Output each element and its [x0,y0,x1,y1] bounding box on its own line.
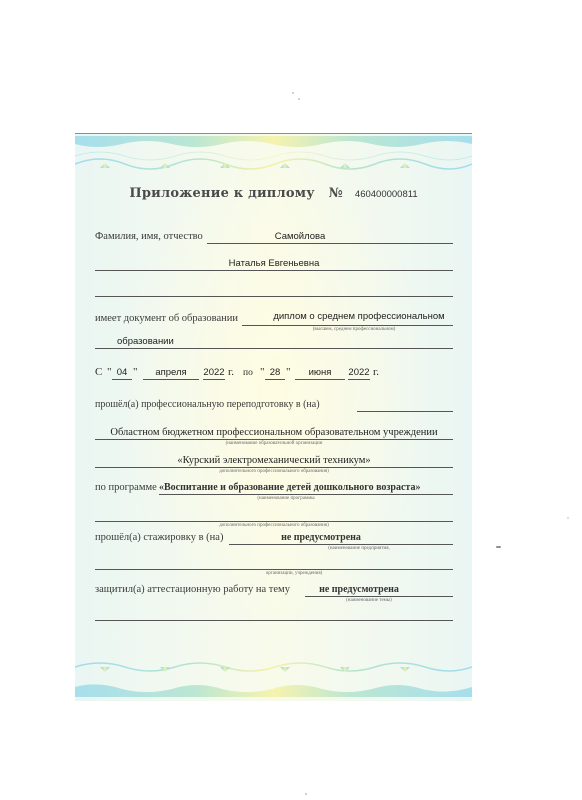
organization-hint-1: (наименование образовательной организаци… [95,441,453,446]
thesis-hint: (наименование темы) [325,598,413,603]
program-value[interactable]: «Воспитание и образование детей дошкольн… [159,482,413,493]
period-to-prefix: по [243,368,253,378]
quote-close: " [286,366,291,378]
program-line [159,494,453,495]
field-internship: прошёл(а) стажировку в (на) не предусмот… [95,529,453,545]
field-name-patronymic: Наталья Евгеньевна [95,255,453,271]
fio-line [207,243,453,244]
education-doc-value-2[interactable]: образовании [117,336,174,347]
organization-value-1[interactable]: Областном бюджетном профессиональном обр… [95,427,453,438]
organization-hint-2: дополнительного профессионального образо… [95,469,453,474]
surname-value[interactable]: Самойлова [207,231,393,242]
field-blank-1 [95,281,453,297]
period-to-month[interactable]: июня [295,367,345,380]
education-doc-label: имеет документ об образовании [95,313,238,324]
field-internship-2: организации, учреждения) [95,554,453,570]
program-hint-2: дополнительного профессионального образо… [95,523,453,528]
scan-speck [305,793,307,795]
education-doc-value[interactable]: диплом о среднем профессиональном [265,311,453,322]
quote-open: " [107,366,112,378]
guilloche-border-top [75,134,472,182]
field-program-2: дополнительного профессионального образо… [95,506,453,522]
internship-label: прошёл(а) стажировку в (на) [95,532,223,543]
organization-value-2[interactable]: «Курский электромеханический техникум» [95,455,453,466]
education-doc-hint: (высшем, среднем профессиональном) [275,327,433,332]
internship-hint-1: (наименование предприятия, [265,546,453,551]
internship-line-2 [95,569,453,570]
retraining-label: прошёл(а) профессиональную переподготовк… [95,399,320,410]
quote-close: " [133,366,138,378]
quote-open: " [260,366,265,378]
period-to-day[interactable]: 28 [265,367,285,380]
period-year-suffix-2: г. [373,366,379,378]
blank-line [95,296,453,297]
field-thesis-2 [95,605,453,621]
number-sign: № [329,186,343,201]
thesis-label: защитил(а) аттестационную работу на тему [95,584,290,595]
diploma-supplement-form: Приложение к диплому № 460400000811 Фами… [75,133,472,701]
document-number: 460400000811 [355,189,418,200]
name-patronymic-value[interactable]: Наталья Евгеньевна [95,258,453,269]
period-from-day[interactable]: 04 [112,367,132,380]
organization-line-1 [95,439,453,440]
program-hint-1: (наименование программы [159,496,413,501]
name-line [95,270,453,271]
guilloche-border-bottom [75,653,472,701]
field-organization-2: «Курский электромеханический техникум» д… [95,452,453,468]
field-education-doc: имеет документ об образовании диплом о с… [95,310,453,326]
internship-line [229,544,453,545]
thesis-line [305,596,453,597]
scan-speck [298,98,300,100]
period-year-suffix-1: г. [228,366,234,378]
document-title-row: Приложение к диплому № 460400000811 [75,184,472,202]
field-retraining: прошёл(а) профессиональную переподготовк… [95,396,453,412]
scan-speck [567,517,569,519]
program-label: по программе [95,482,157,493]
field-program: по программе «Воспитание и образование д… [95,479,453,495]
scan-speck [292,92,294,94]
organization-line-2 [95,467,453,468]
period-from-prefix: С [95,366,102,378]
scan-speck [496,546,501,548]
fio-label: Фамилия, имя, отчество [95,231,203,242]
internship-hint-2: организации, учреждения) [135,571,453,576]
retraining-line [357,411,453,412]
education-doc-line [242,325,453,326]
thesis-line-2 [95,620,453,621]
internship-value[interactable]: не предусмотрена [229,532,413,543]
field-education-doc-2: образовании [95,333,453,349]
field-fio: Фамилия, имя, отчество Самойлова [95,228,453,244]
field-organization-1: Областном бюджетном профессиональном обр… [95,424,453,440]
period-from-year[interactable]: 2022 [203,367,225,380]
period-from-month[interactable]: апреля [143,367,199,380]
document-title: Приложение к диплому [129,186,314,201]
program-line-2 [95,521,453,522]
period-to-year[interactable]: 2022 [348,367,370,380]
education-doc-line-2 [95,348,453,349]
thesis-value[interactable]: не предусмотрена [305,584,413,595]
field-thesis: защитил(а) аттестационную работу на тему… [95,581,453,597]
field-period: С " 04 " апреля 2022 г. по " 28 " июня 2… [95,364,453,380]
